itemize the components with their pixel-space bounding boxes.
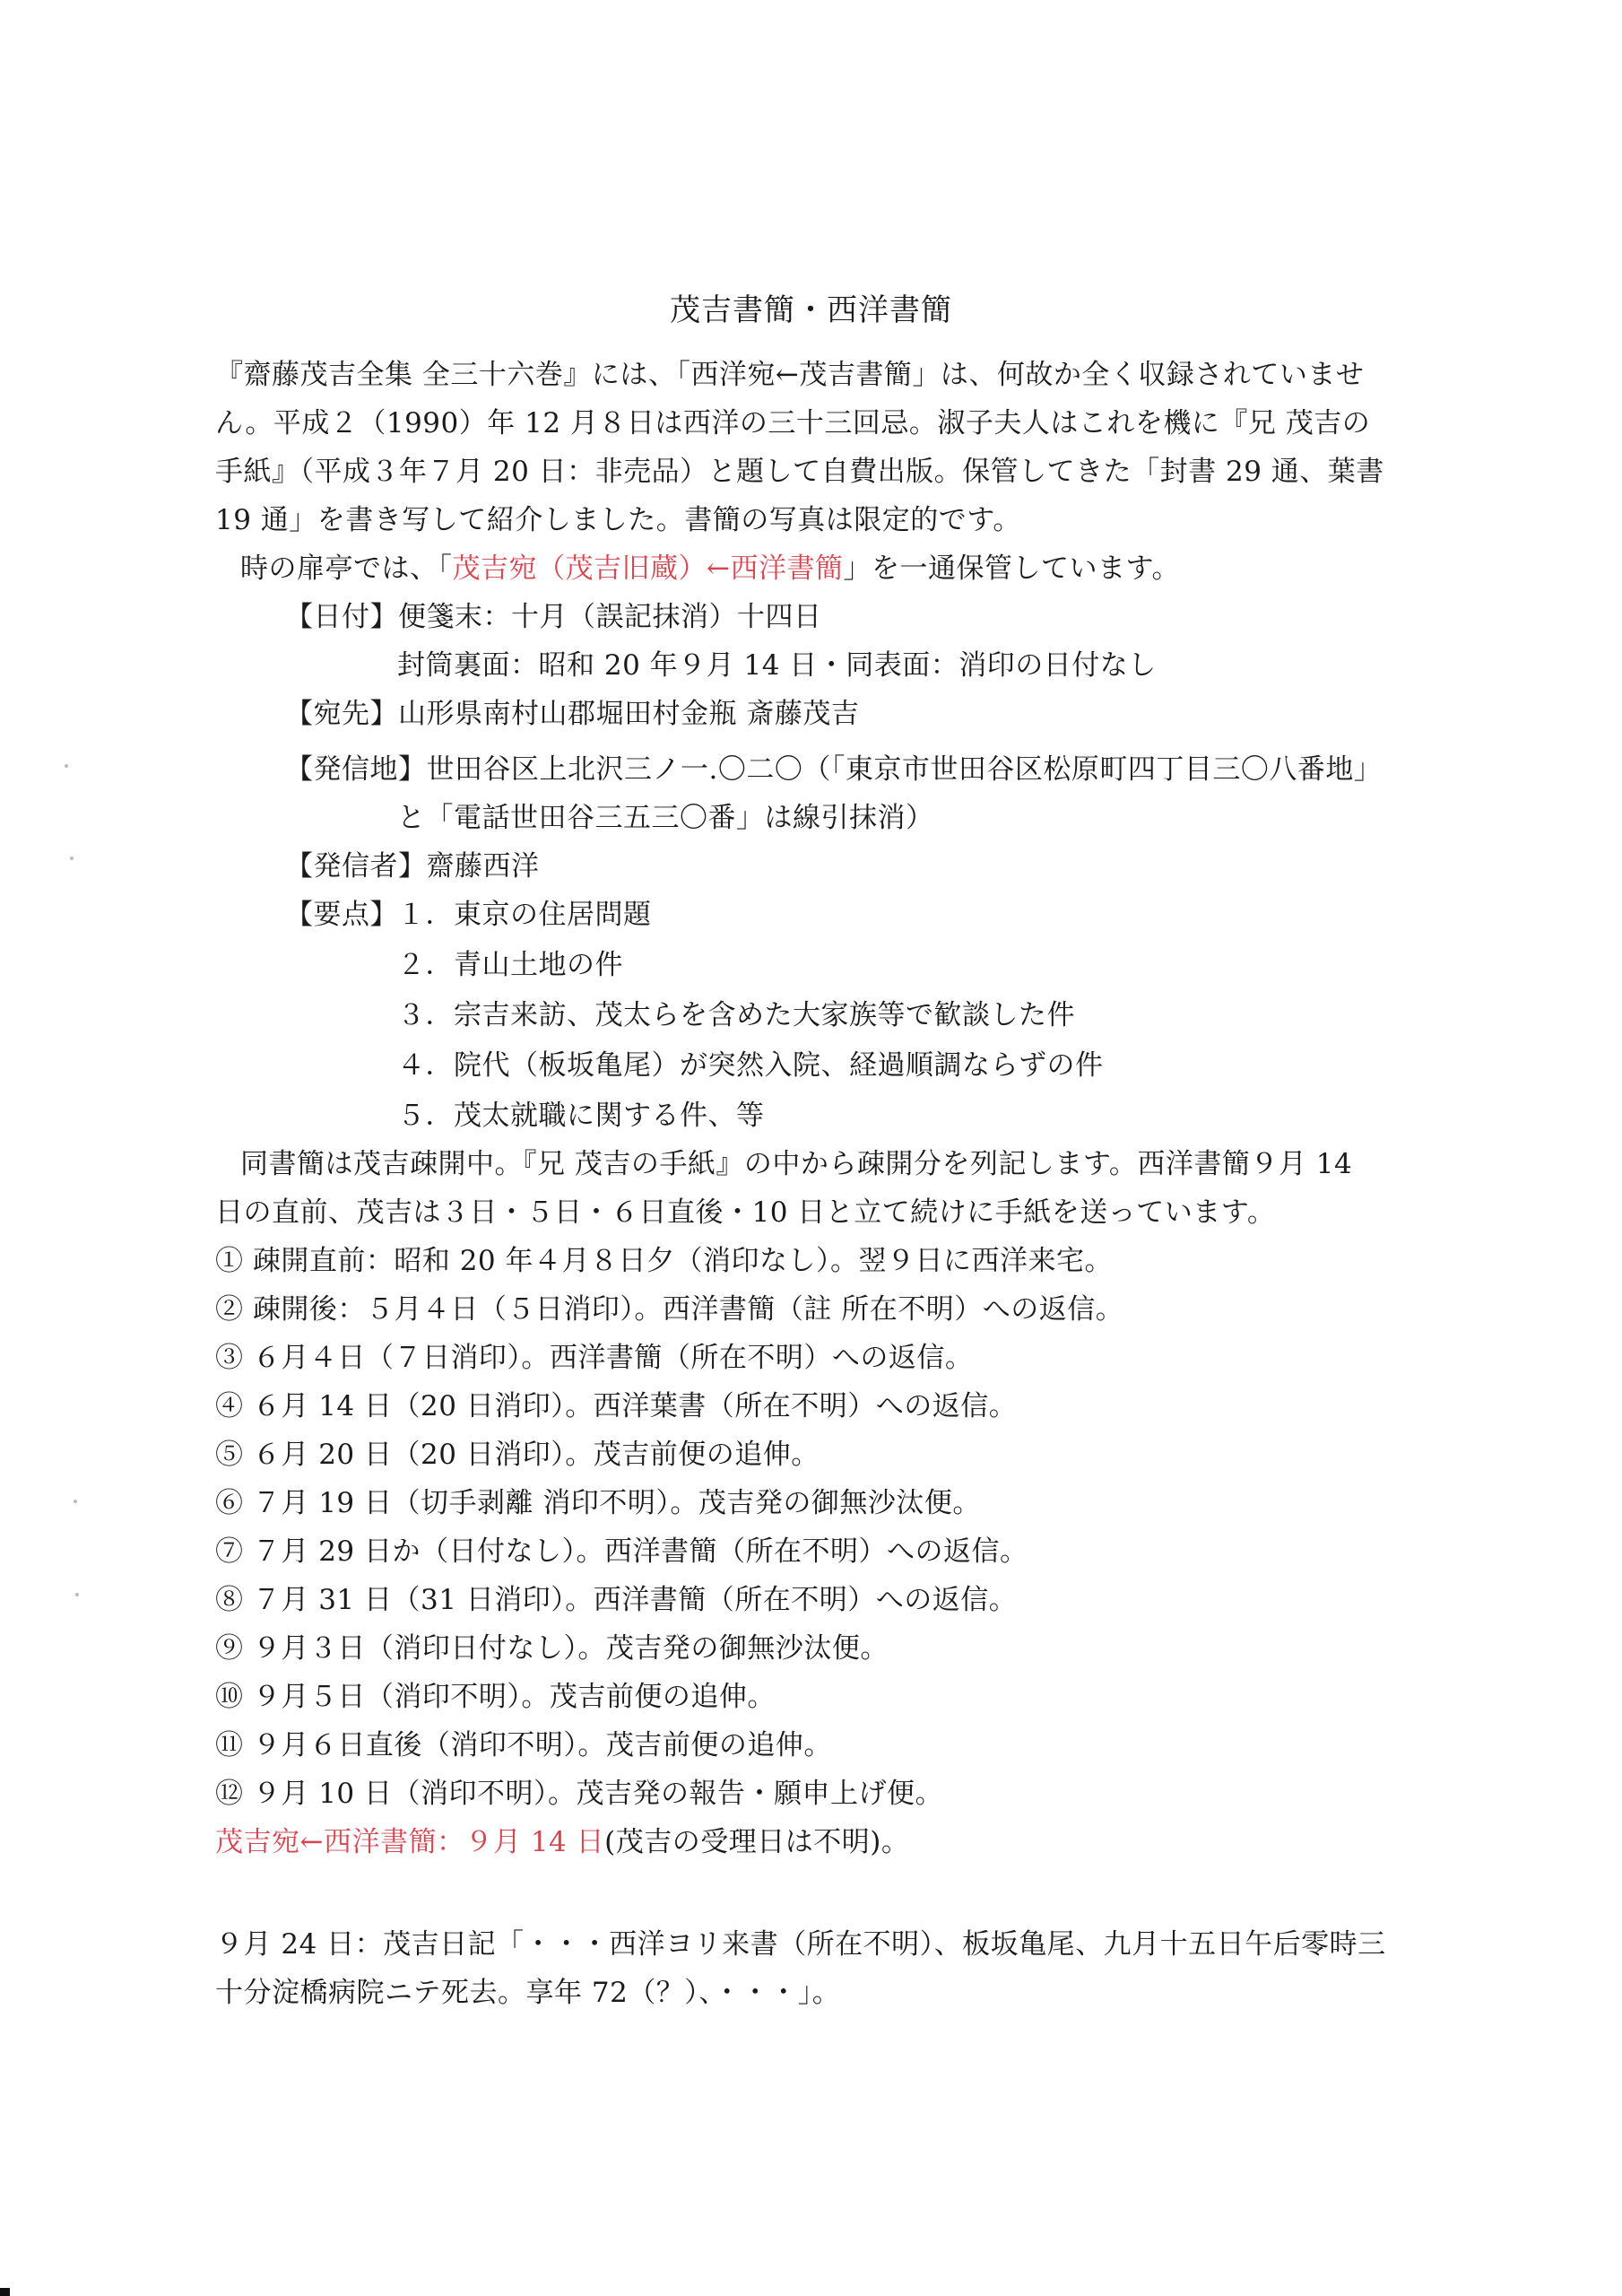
holding-statement: 時の扉亭では、「茂吉宛（茂吉旧蔵）←西洋書簡」を一通保管しています。 [240, 551, 1180, 587]
letter-item: ⑦ ７月 29 日か（日付なし）。西洋書簡（所在不明）への返信。 [215, 1534, 1028, 1570]
sender-label: 【発信者】 [285, 850, 427, 883]
scan-edge-mark [0, 2288, 10, 2296]
scan-speck [65, 764, 68, 768]
point-item: ３．宗吉来訪、茂太らを含めた大家族等で歓談した件 [397, 997, 1075, 1033]
conclusion-highlight: 茂吉宛←西洋書簡：９月 14 日 [215, 1826, 604, 1858]
letter-item: ⑥ ７月 19 日（切手剥離 消印不明）。茂吉発の御無沙汰便。 [215, 1485, 981, 1521]
holding-suffix: 」を一通保管しています。 [843, 552, 1180, 585]
point-item: ５．茂太就職に関する件、等 [397, 1098, 765, 1134]
sender-value: 齋藤西洋 [427, 850, 540, 883]
intro-line-3: 手紙』（平成３年７月 20 日：非売品）と題して自費出版。保管してきた「封書 2… [215, 454, 1384, 490]
letter-item: ⑫ ９月 10 日（消印不明）。茂吉発の報告・願申上げ便。 [215, 1776, 943, 1812]
document-title: 茂吉書簡・西洋書簡 [0, 285, 1622, 329]
points-label: 【要点】 [285, 897, 398, 933]
para2-line-2: 日の直前、茂吉は３日・５日・６日直後・10 日と立て続けに手紙を送っています。 [215, 1195, 1275, 1231]
date-field: 【日付】便箋末：十月（誤記抹消）十四日 [285, 599, 822, 635]
letter-item: ① 疎開直前：昭和 20 年４月８日夕（消印なし）。翌９日に西洋来宅。 [215, 1243, 1113, 1279]
letter-item: ⑤ ６月 20 日（20 日消印）。茂吉前便の追伸。 [215, 1437, 820, 1473]
scan-speck [75, 1593, 79, 1596]
conclusion-suffix: (茂吉の受理日は不明)。 [604, 1826, 909, 1858]
letter-item: ⑪ ９月６日直後（消印不明）。茂吉前便の追伸。 [215, 1727, 832, 1763]
date-label: 【日付】 [285, 601, 398, 633]
para2-line-1: 同書簡は茂吉疎開中。『兄 茂吉の手紙』の中から疎開分を列記します。西洋書簡９月 … [240, 1146, 1352, 1182]
intro-line-1: 『齋藤茂吉全集 全三十六巻』には、「西洋宛←茂吉書簡」は、何故か全く収録されてい… [215, 357, 1364, 393]
date-value-2: 封筒裏面：昭和 20 年９月 14 日・同表面：消印の日付なし [397, 648, 1157, 683]
origin-value-1: 世田谷区上北沢三ノ一.〇二〇（「東京市世田谷区松原町四丁目三〇八番地」 [427, 753, 1383, 786]
origin-label: 【発信地】 [285, 753, 427, 786]
scan-speck [70, 857, 74, 860]
intro-line-4: 19 通」を書き写して紹介しました。書簡の写真は限定的です。 [215, 502, 1021, 538]
diary-line-2: 十分淀橋病院ニテ死去。享年 72（？）、・・・」。 [215, 1975, 840, 2011]
recipient-value: 山形県南村山郡堀田村金瓶 斎藤茂吉 [398, 698, 859, 730]
point-item: １．東京の住居問題 [397, 897, 652, 933]
letter-item: ⑩ ９月５日（消印不明）。茂吉前便の追伸。 [215, 1679, 776, 1715]
holding-prefix: 時の扉亭では、「 [240, 552, 453, 585]
recipient-label: 【宛先】 [285, 698, 398, 730]
recipient-field: 【宛先】山形県南村山郡堀田村金瓶 斎藤茂吉 [285, 696, 859, 732]
letter-item: ⑧ ７月 31 日（31 日消印）。西洋書簡（所在不明）への返信。 [215, 1582, 1017, 1618]
sender-field: 【発信者】齋藤西洋 [285, 848, 540, 884]
diary-line-1: ９月 24 日：茂吉日記「・・・西洋ヨリ来書（所在不明）、板坂亀尾、九月十五日午… [215, 1926, 1386, 1962]
letter-item: ④ ６月 14 日（20 日消印）。西洋葉書（所在不明）への返信。 [215, 1388, 1017, 1424]
letter-item: ③ ６月４日（７日消印）。西洋書簡（所在不明）への返信。 [215, 1340, 973, 1376]
intro-line-2: ん。平成２（1990）年 12 月８日は西洋の三十三回忌。淑子夫人はこれを機に『… [215, 405, 1370, 441]
letter-item: ② 疎開後：５月４日（５日消印）。西洋書簡（註 所在不明）への返信。 [215, 1291, 1123, 1327]
origin-value-2: と「電話世田谷三五三〇番」は線引抹消） [397, 800, 934, 836]
point-item: ４．院代（板坂亀尾）が突然入院、経過順調ならずの件 [397, 1048, 1104, 1083]
holding-highlight: 茂吉宛（茂吉旧蔵）←西洋書簡 [453, 552, 844, 585]
date-value-1: 便箋末：十月（誤記抹消）十四日 [398, 601, 822, 633]
letter-item: ⑨ ９月３日（消印日付なし）。茂吉発の御無沙汰便。 [215, 1631, 889, 1666]
scanned-document-page: 茂吉書簡・西洋書簡 『齋藤茂吉全集 全三十六巻』には、「西洋宛←茂吉書簡」は、何… [0, 0, 1622, 2296]
conclusion-line: 茂吉宛←西洋書簡：９月 14 日(茂吉の受理日は不明)。 [215, 1824, 909, 1860]
scan-speck [74, 1500, 77, 1503]
origin-field: 【発信地】世田谷区上北沢三ノ一.〇二〇（「東京市世田谷区松原町四丁目三〇八番地」 [285, 752, 1382, 787]
point-item: ２．青山土地の件 [397, 947, 623, 983]
